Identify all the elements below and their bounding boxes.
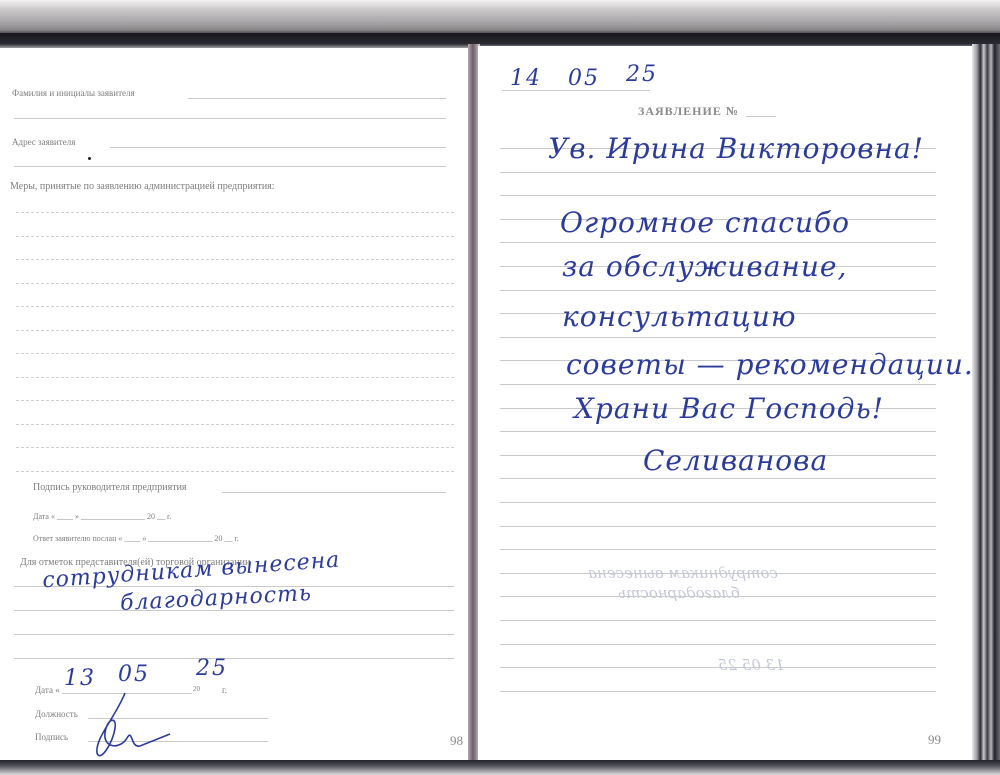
statement-rule (500, 172, 936, 173)
date-line: Дата « ____ » ________________ 20 __ г. (33, 512, 171, 521)
handwritten-line-3: за обслуживание, (562, 250, 847, 283)
applicant-name-line (188, 98, 446, 99)
statement-rule (500, 242, 936, 243)
handwritten-date-year: 25 (196, 656, 228, 681)
left-page: Фамилия и инициалы заявителя Адрес заяви… (0, 48, 470, 760)
reply-sent-line: Ответ заявителю послан « ____ » ________… (33, 534, 239, 543)
measures-rule (16, 259, 454, 260)
statement-title: ЗАЯВЛЕНИЕ № (638, 104, 739, 119)
statement-rule (500, 337, 936, 338)
applicant-name-label: Фамилия и инициалы заявителя (12, 88, 135, 98)
statement-rule (500, 644, 936, 645)
measures-rule (16, 212, 454, 213)
measures-rule (16, 353, 454, 354)
statement-rule (500, 290, 936, 291)
handwritten-signature (85, 688, 175, 763)
applicant-address-label: Адрес заявителя (12, 137, 75, 147)
date-year-prefix: 20 (193, 685, 200, 693)
handwritten-header-date-month: 05 (568, 66, 600, 91)
handwritten-line-7-signature: Селиванова (643, 444, 828, 477)
measures-rule (16, 400, 454, 401)
bleed-through-line-1: сотрудникам вынесена (588, 564, 778, 582)
applicant-address-line (110, 147, 446, 148)
page-number-right: 99 (928, 732, 941, 748)
statement-rule (500, 195, 936, 196)
measures-label: Меры, принятые по заявлению администраци… (10, 181, 275, 192)
measures-rule (16, 306, 454, 307)
statement-rule (500, 384, 936, 385)
notes-line-3 (14, 634, 454, 635)
statement-rule (500, 431, 936, 432)
page-stack-edge (972, 44, 1000, 775)
statement-rule (500, 691, 936, 692)
statement-number-line (746, 116, 776, 117)
applicant-name-line-2 (14, 118, 446, 119)
right-page: 14 05 25 ЗАЯВЛЕНИЕ № Ув. Ирина Викторовн… (478, 46, 972, 760)
statement-rule (500, 502, 936, 503)
handwritten-line-6: Храни Вас Господь! (574, 392, 884, 425)
statement-rule (500, 478, 936, 479)
ink-dot (88, 157, 91, 160)
handwritten-date-month: 05 (118, 662, 150, 687)
signature-label: Подпись (35, 732, 68, 742)
handwritten-line-5: советы — рекомендации. (566, 348, 974, 381)
header-date-line (502, 90, 650, 91)
handwritten-header-date-year: 25 (626, 62, 658, 87)
bleed-through-line-2: благодарность (618, 584, 740, 602)
measures-rule (16, 447, 454, 448)
manager-signature-line (222, 492, 446, 493)
notes-line-2 (14, 610, 454, 611)
scanner-top-edge (0, 0, 1000, 36)
page-number-left: 98 (450, 733, 463, 749)
statement-rule (500, 620, 936, 621)
manager-signature-label: Подпись руководителя предприятия (33, 482, 187, 493)
handwritten-line-4: консультацию (562, 300, 796, 333)
date-year-suffix: г. (222, 685, 227, 695)
measures-rule (16, 377, 454, 378)
date-label: Дата « (35, 685, 60, 695)
handwritten-line-1: Ув. Ирина Викторовна! (548, 132, 924, 165)
bleed-through-date: 13 05 25 (718, 656, 785, 674)
measures-rule (16, 424, 454, 425)
scanner-bottom-edge (0, 760, 1000, 775)
measures-rule (16, 330, 454, 331)
measures-rule (16, 236, 454, 237)
statement-rule (500, 549, 936, 550)
handwritten-header-date-day: 14 (510, 66, 542, 91)
statement-rule (500, 526, 936, 527)
position-label: Должность (35, 709, 78, 719)
measures-rule (16, 283, 454, 284)
notes-line-4 (14, 658, 454, 659)
handwritten-line-2: Огромное спасибо (560, 206, 850, 239)
applicant-address-line-2 (14, 166, 446, 167)
measures-rule (16, 471, 454, 472)
